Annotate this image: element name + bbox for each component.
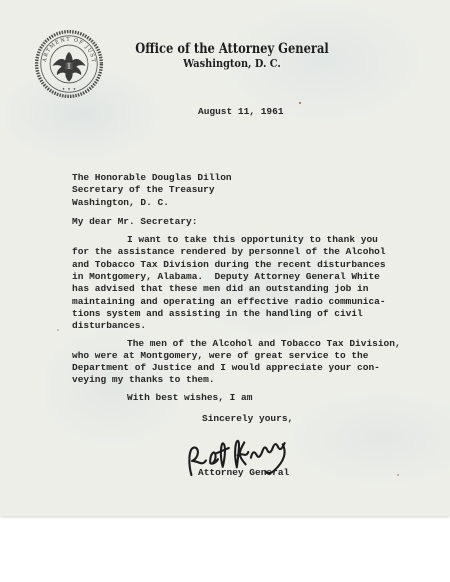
date-line: August 11, 1961 xyxy=(198,106,284,118)
body-line: veying my thanks to them. xyxy=(72,374,412,386)
scanned-letter-page: { "page": { "paper_color": "#edeee8", "i… xyxy=(0,0,450,582)
body-line: maintaining and operating an effective r… xyxy=(72,296,412,308)
seal-stars: ★ ★ ★ xyxy=(62,87,76,92)
body-line: in Montgomery, Alabama. Deputy Attorney … xyxy=(72,271,412,283)
letterhead-city-line: Washington, D. C. xyxy=(47,57,418,70)
paragraph-1: I want to take this opportunity to thank… xyxy=(72,234,412,332)
letterhead: Office of the Attorney General Washingto… xyxy=(14,41,450,70)
body-line: and Tobacco Tax Division during the rece… xyxy=(72,259,412,271)
body-line: for the assistance rendered by personnel… xyxy=(72,246,412,258)
body-line: has advised that these men did an outsta… xyxy=(72,283,412,295)
valediction: Sincerely yours, xyxy=(72,413,412,425)
attorney-general-signature xyxy=(180,434,298,484)
body-line: Department of Justice and I would apprec… xyxy=(72,362,412,374)
paragraph-2: The men of the Alcohol and Tobacco Tax D… xyxy=(72,338,412,387)
letterhead-office-line: Office of the Attorney General xyxy=(47,41,418,57)
body-line: The men of the Alcohol and Tobacco Tax D… xyxy=(72,338,412,350)
body-line: disturbances. xyxy=(72,320,412,332)
body-line: who were at Montgomery, were of great se… xyxy=(72,350,412,362)
body-line: tions system and assisting in the handli… xyxy=(72,308,412,320)
letter-paper: DEPARTMENT OF JUSTICE ★ ★ ★ Office of th… xyxy=(0,0,450,516)
recipient-city-line: Washington, D. C. xyxy=(72,197,412,209)
recipient-name-line: The Honorable Douglas Dillon xyxy=(72,172,412,184)
closing-phrase: With best wishes, I am xyxy=(72,392,412,404)
salutation: My dear Mr. Secretary: xyxy=(72,216,412,228)
recipient-title-line: Secretary of the Treasury xyxy=(72,184,412,196)
body-line: I want to take this opportunity to thank… xyxy=(72,234,412,246)
